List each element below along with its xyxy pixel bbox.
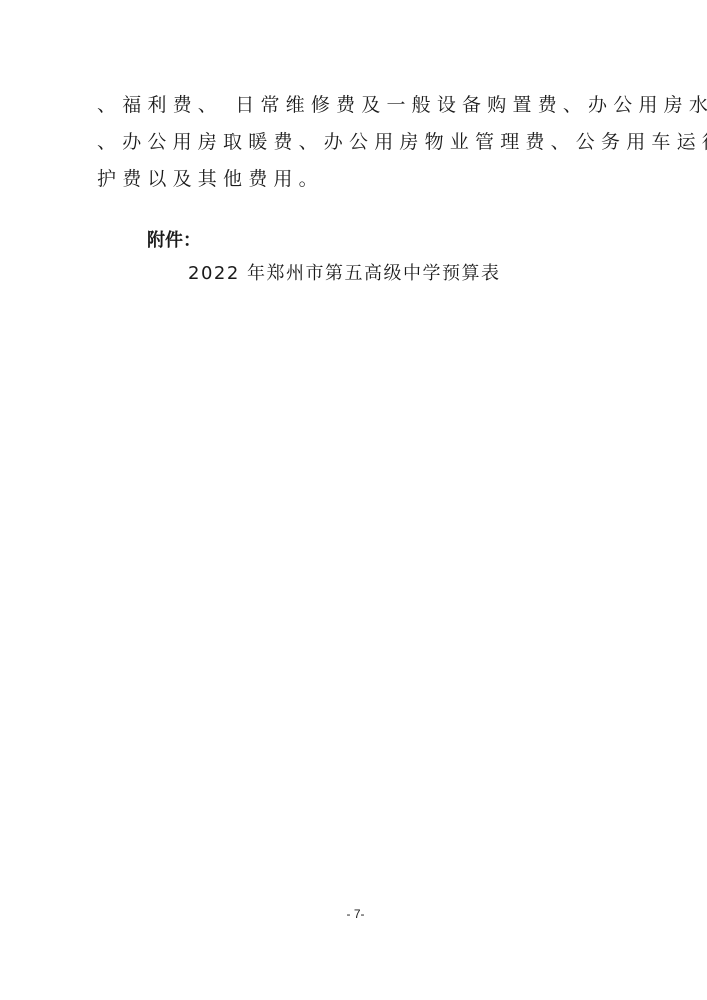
document-page: 、福利费、 日常维修费及一般设备购置费、办公用房水电费 、办公用房取暖费、办公用… xyxy=(0,0,707,1000)
attachment-title: 2022 年郑州市第五高级中学预算表 xyxy=(188,262,501,286)
paragraph-line: 、办公用房取暖费、办公用房物业管理费、公务用车运行维 xyxy=(97,130,707,154)
attachment-label: 附件： xyxy=(147,229,201,253)
paragraph-line: 护费以及其他费用。 xyxy=(97,167,324,191)
page-number: - 7- xyxy=(0,906,707,922)
paragraph-line: 、福利费、 日常维修费及一般设备购置费、办公用房水电费 xyxy=(97,93,707,117)
